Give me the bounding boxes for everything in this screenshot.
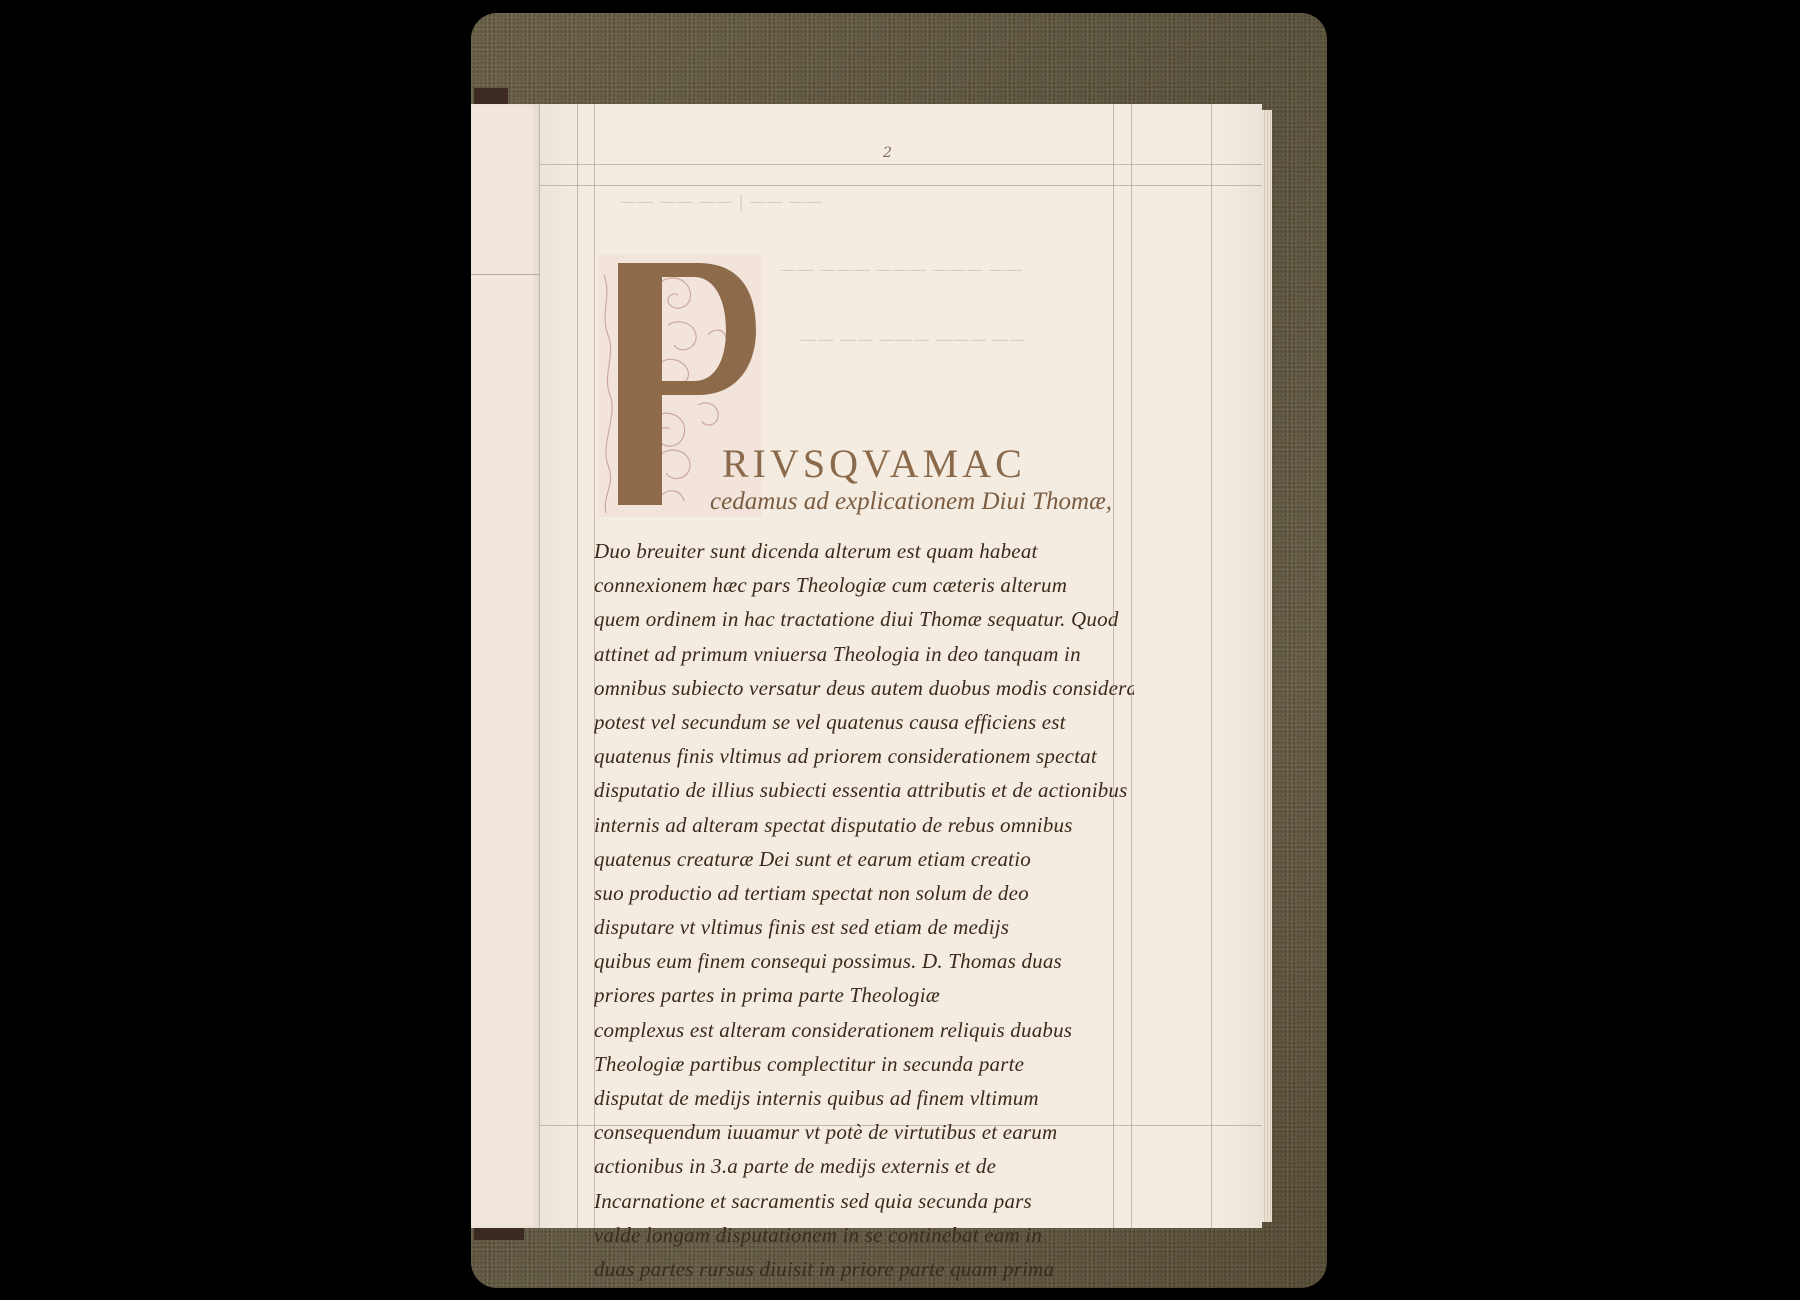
page-number: 2 [883, 145, 892, 161]
ruling-top-2 [540, 185, 1262, 186]
text-line: connexionem hæc pars Theologiæ cum cæter… [594, 568, 1134, 602]
bleed-through-text: —— ——— ——— ——— —— [780, 260, 1023, 280]
text-line: attinet ad primum vniuersa Theologia in … [594, 637, 1134, 671]
text-line: valde longam disputationem in se contine… [594, 1218, 1134, 1252]
spine-binding-bottom [474, 1226, 524, 1240]
bleed-through-text: —— —— —— | —— —— [620, 192, 823, 212]
text-line: disputare vt vltimus finis est sed etiam… [594, 910, 1134, 944]
text-line: priores partes in prima parte Theologiæ [594, 978, 1134, 1012]
left-page-edge [471, 104, 540, 1228]
text-line: quibus eum finem consequi possimus. D. T… [594, 944, 1134, 978]
text-line: omnibus subiecto versatur deus autem duo… [594, 671, 1134, 705]
bleed-through-text: —— —— ——— ——— —— [800, 330, 1026, 350]
text-line: internis ad alteram spectat disputatio d… [594, 808, 1134, 842]
text-line: disputatio de illius subiecti essentia a… [594, 773, 1134, 807]
text-line: suo productio ad tertiam spectat non sol… [594, 876, 1134, 910]
text-line: disputat de medijs internis quibus ad fi… [594, 1081, 1134, 1115]
text-line: quem ordinem in hac tractatione diui Tho… [594, 602, 1134, 636]
ruling-top-1 [540, 164, 1262, 165]
text-line: complexus est alteram considerationem re… [594, 1013, 1134, 1047]
text-line: consequendum iuuamur vt potè de virtutib… [594, 1115, 1134, 1149]
heading-capitals: RIVSQVAMAC [722, 440, 1026, 487]
text-line: actionibus in 3.a parte de medijs extern… [594, 1149, 1134, 1183]
text-line: Duo breuiter sunt dicenda alterum est qu… [594, 534, 1134, 568]
ruling-left-1 [577, 104, 578, 1228]
text-line: duas partes rursus diuisit in priore par… [594, 1252, 1134, 1286]
spine-binding-top [474, 88, 508, 104]
text-line: Incarnatione et sacramentis sed quia sec… [594, 1184, 1134, 1218]
ruling-right-3 [1211, 104, 1212, 1228]
subheading-italic: cedamus ad explicationem Diui Thomæ, [710, 488, 1112, 516]
text-line: quatenus creaturæ Dei sunt et earum etia… [594, 842, 1134, 876]
text-line: potest vel secundum se vel quatenus caus… [594, 705, 1134, 739]
page-block-edges [1262, 110, 1272, 1222]
ruling-line [471, 274, 539, 275]
manuscript-body: Duo breuiter sunt dicenda alterum est qu… [594, 534, 1134, 1286]
text-line: quatenus finis vltimus ad priorem consid… [594, 739, 1134, 773]
text-line: Theologiæ partibus complectitur in secun… [594, 1047, 1134, 1081]
